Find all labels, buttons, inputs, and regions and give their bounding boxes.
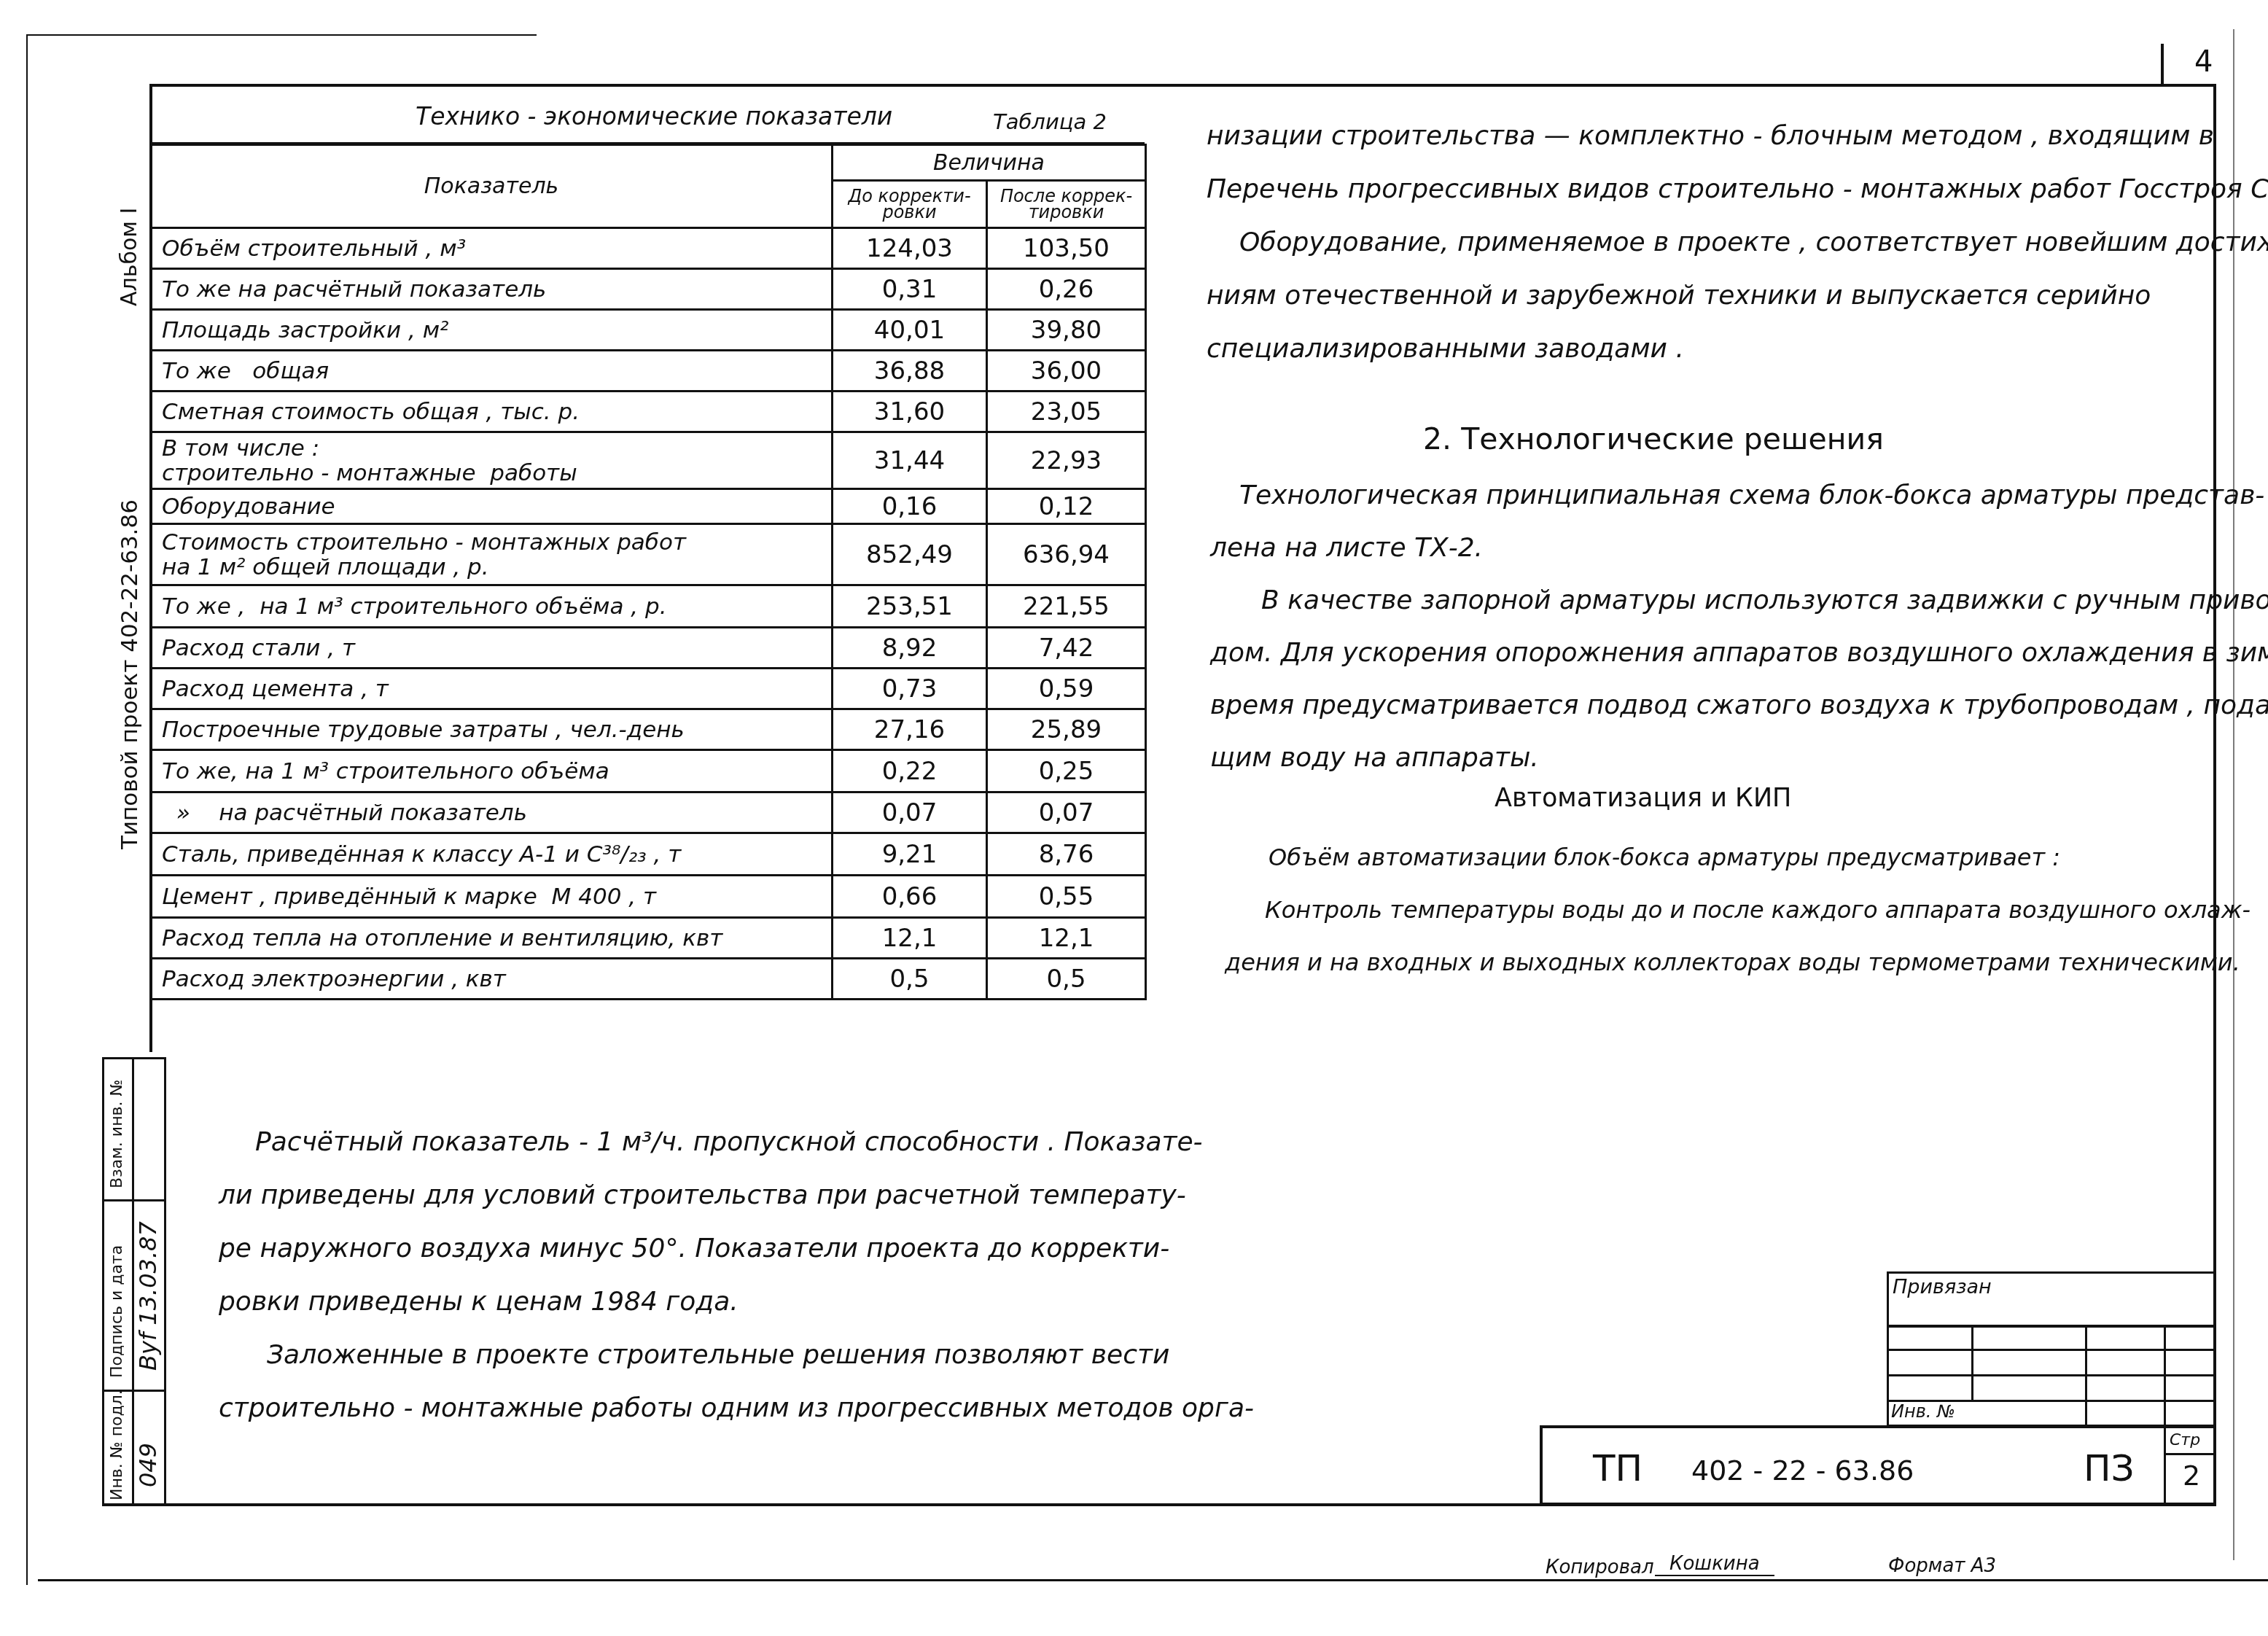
intro-line: Перечень прогрессивных видов строительно… — [1207, 163, 2268, 216]
copied-label: Копировал — [1546, 1557, 1654, 1578]
table-row: Расход цемента , т0,730,59 — [151, 669, 1146, 709]
before-value-cell: 0,16 — [833, 489, 987, 524]
section-2-text: Технологическая принципиальная схема бло… — [1210, 470, 2268, 784]
after-value-cell: 23,05 — [987, 392, 1146, 432]
indicator-cell: В том числе : строительно - монтажные ра… — [151, 432, 833, 489]
table-row: То же , на 1 м³ строительного объёма , р… — [151, 585, 1146, 628]
after-value-cell: 0,25 — [987, 750, 1146, 792]
indicator-cell: Оборудование — [151, 489, 833, 524]
section-2-line: Технологическая принципиальная схема бло… — [1210, 470, 2268, 522]
indicator-cell: Стоимость строительно - монтажных работ … — [151, 524, 833, 585]
outer-frame-top — [26, 34, 537, 36]
indicator-cell: То же , на 1 м³ строительного объёма , р… — [151, 585, 833, 628]
note-line: ровки приведены к ценам 1984 года. — [219, 1275, 1254, 1328]
signature-date-label: Подпись и дата — [108, 1245, 126, 1378]
indicator-cell: То же, на 1 м³ строительного объёма — [151, 750, 833, 792]
page-label: Стр — [2170, 1431, 2200, 1449]
before-value-cell: 36,88 — [833, 351, 987, 392]
table-title: Технико - экономические показатели — [416, 102, 892, 131]
automation-heading: Автоматизация и КИП — [1495, 784, 1791, 813]
doc-prefix: ТП — [1593, 1447, 1642, 1489]
header-indicator: Показатель — [151, 145, 833, 228]
header-before: До корректи-ровки — [833, 181, 987, 228]
before-value-cell: 9,21 — [833, 833, 987, 876]
table-row: Построечные трудовые затраты , чел.-день… — [151, 709, 1146, 750]
table-row: Расход электроэнергии , квт0,50,5 — [151, 959, 1146, 1000]
doc-code: 402 - 22 - 63.86 — [1691, 1454, 1914, 1487]
after-value-cell: 0,55 — [987, 876, 1146, 918]
table-row: То же общая36,8836,00 — [151, 351, 1146, 392]
section-2-line: время предусматривается подвод сжатого в… — [1210, 679, 2268, 732]
table-row: Оборудование0,160,12 — [151, 489, 1146, 524]
before-value-cell: 253,51 — [833, 585, 987, 628]
indicator-cell: Цемент , приведённый к марке М 400 , т — [151, 876, 833, 918]
before-value-cell: 8,92 — [833, 628, 987, 669]
page-value: 2 — [2183, 1460, 2200, 1492]
section-2-line: В качестве запорной арматуры используютс… — [1210, 574, 2268, 627]
inner-frame-top — [149, 84, 2216, 87]
replace-inv-label: Взам. инв. № — [108, 1080, 126, 1188]
after-value-cell: 0,59 — [987, 669, 1146, 709]
signature-date-value: Вуf 13.03.87 — [134, 1221, 162, 1371]
copied-signature: Кошкина — [1655, 1553, 1774, 1576]
indicator-cell: Расход цемента , т — [151, 669, 833, 709]
before-value-cell: 31,60 — [833, 392, 987, 432]
intro-text: низации строительства — комплектно - бло… — [1207, 109, 2268, 375]
after-value-cell: 0,26 — [987, 269, 1146, 310]
indicator-cell: Расход электроэнергии , квт — [151, 959, 833, 1000]
indicator-cell: Построечные трудовые затраты , чел.-день — [151, 709, 833, 750]
after-value-cell: 8,76 — [987, 833, 1146, 876]
before-value-cell: 31,44 — [833, 432, 987, 489]
after-value-cell: 36,00 — [987, 351, 1146, 392]
intro-line: низации строительства — комплектно - бло… — [1207, 109, 2268, 163]
table-row: Объём строительный , м³124,03103,50 — [151, 228, 1146, 269]
table-row: Площадь застройки , м²40,0139,80 — [151, 310, 1146, 351]
after-value-cell: 39,80 — [987, 310, 1146, 351]
note-line: ре наружного воздуха минус 50°. Показате… — [219, 1222, 1254, 1275]
table-row: В том числе : строительно - монтажные ра… — [151, 432, 1146, 489]
before-value-cell: 0,73 — [833, 669, 987, 709]
after-value-cell: 25,89 — [987, 709, 1146, 750]
intro-line: специализированными заводами . — [1207, 322, 2268, 375]
note-line: ли приведены для условий строительства п… — [219, 1169, 1254, 1222]
note-line: Заложенные в проекте строительные решени… — [219, 1328, 1254, 1382]
after-value-cell: 22,93 — [987, 432, 1146, 489]
page-box-divider — [2161, 44, 2164, 86]
outer-frame-left — [26, 34, 28, 1585]
automation-line: дения и на входных и выходных коллектора… — [1210, 936, 2251, 989]
tep-table-body: Объём строительный , м³124,03103,50То же… — [151, 228, 1146, 1000]
table-row: Цемент , приведённый к марке М 400 , т0,… — [151, 876, 1146, 918]
note-line: Расчётный показатель - 1 м³/ч. пропускно… — [219, 1115, 1254, 1169]
tep-table: Показатель Величина До корректи-ровки По… — [149, 144, 1147, 1000]
section-2-line: дом. Для ускорения опорожнения аппаратов… — [1210, 627, 2268, 679]
before-value-cell: 852,49 — [833, 524, 987, 585]
album-label: Альбом I — [117, 208, 142, 306]
indicator-cell: Расход стали , т — [151, 628, 833, 669]
after-value-cell: 636,94 — [987, 524, 1146, 585]
section-2-line: лена на листе ТХ-2. — [1210, 522, 2268, 574]
doc-type: ПЗ — [2084, 1447, 2135, 1489]
after-value-cell: 12,1 — [987, 918, 1146, 959]
after-value-cell: 0,07 — [987, 792, 1146, 833]
left-notes: Расчётный показатель - 1 м³/ч. пропускно… — [219, 1115, 1254, 1435]
intro-line: Оборудование, применяемое в проекте , со… — [1207, 216, 2268, 269]
indicator-cell: Объём строительный , м³ — [151, 228, 833, 269]
before-value-cell: 40,01 — [833, 310, 987, 351]
before-value-cell: 0,07 — [833, 792, 987, 833]
after-value-cell: 103,50 — [987, 228, 1146, 269]
header-after: После коррек-тировки — [987, 181, 1146, 228]
after-value-cell: 7,42 — [987, 628, 1146, 669]
before-value-cell: 0,66 — [833, 876, 987, 918]
table-row: То же, на 1 м³ строительного объёма0,220… — [151, 750, 1146, 792]
section-2-line: щим воду на аппараты. — [1210, 732, 2268, 784]
after-value-cell: 221,55 — [987, 585, 1146, 628]
table-row: То же на расчётный показатель0,310,26 — [151, 269, 1146, 310]
header-value-group: Величина — [833, 145, 1146, 181]
indicator-cell: То же на расчётный показатель — [151, 269, 833, 310]
after-value-cell: 0,5 — [987, 959, 1146, 1000]
indicator-cell: То же общая — [151, 351, 833, 392]
inventory-label: Инв. № подл. — [108, 1390, 126, 1500]
table-row: » на расчётный показатель0,070,07 — [151, 792, 1146, 833]
automation-text: Объём автоматизации блок-бокса арматуры … — [1210, 831, 2251, 989]
inventory-value: 049 — [134, 1443, 162, 1487]
automation-line: Контроль температуры воды до и после каж… — [1210, 884, 2251, 936]
indicator-cell: » на расчётный показатель — [151, 792, 833, 833]
indicator-cell: Сталь, приведённая к классу А-1 и С³⁸/₂₃… — [151, 833, 833, 876]
intro-line: ниям отечественной и зарубежной техники … — [1207, 269, 2268, 322]
inv-label: Инв. № — [1891, 1401, 1955, 1422]
indicator-cell: Сметная стоимость общая , тыс. р. — [151, 392, 833, 432]
before-value-cell: 0,31 — [833, 269, 987, 310]
table-row: Сметная стоимость общая , тыс. р.31,6023… — [151, 392, 1146, 432]
outer-frame-bottom — [38, 1579, 2268, 1581]
linked-label: Привязан — [1893, 1276, 1992, 1298]
before-value-cell: 0,5 — [833, 959, 987, 1000]
page-number-top: 4 — [2194, 45, 2213, 79]
before-value-cell: 12,1 — [833, 918, 987, 959]
indicator-cell: Расход тепла на отопление и вентиляцию, … — [151, 918, 833, 959]
format-label: Формат А3 — [1888, 1555, 1996, 1577]
table-row: Стоимость строительно - монтажных работ … — [151, 524, 1146, 585]
before-value-cell: 124,03 — [833, 228, 987, 269]
before-value-cell: 0,22 — [833, 750, 987, 792]
indicator-cell: Площадь застройки , м² — [151, 310, 833, 351]
before-value-cell: 27,16 — [833, 709, 987, 750]
note-line: строительно - монтажные работы одним из … — [219, 1382, 1254, 1435]
automation-line: Объём автоматизации блок-бокса арматуры … — [1210, 831, 2251, 884]
section-2-heading: 2. Технологические решения — [1423, 421, 1884, 456]
table-row: Расход стали , т8,927,42 — [151, 628, 1146, 669]
table-row: Расход тепла на отопление и вентиляцию, … — [151, 918, 1146, 959]
table-row: Сталь, приведённая к классу А-1 и С³⁸/₂₃… — [151, 833, 1146, 876]
table-number: Таблица 2 — [993, 109, 1107, 134]
after-value-cell: 0,12 — [987, 489, 1146, 524]
project-stamp: Типовой проект 402-22-63.86 — [117, 499, 143, 849]
